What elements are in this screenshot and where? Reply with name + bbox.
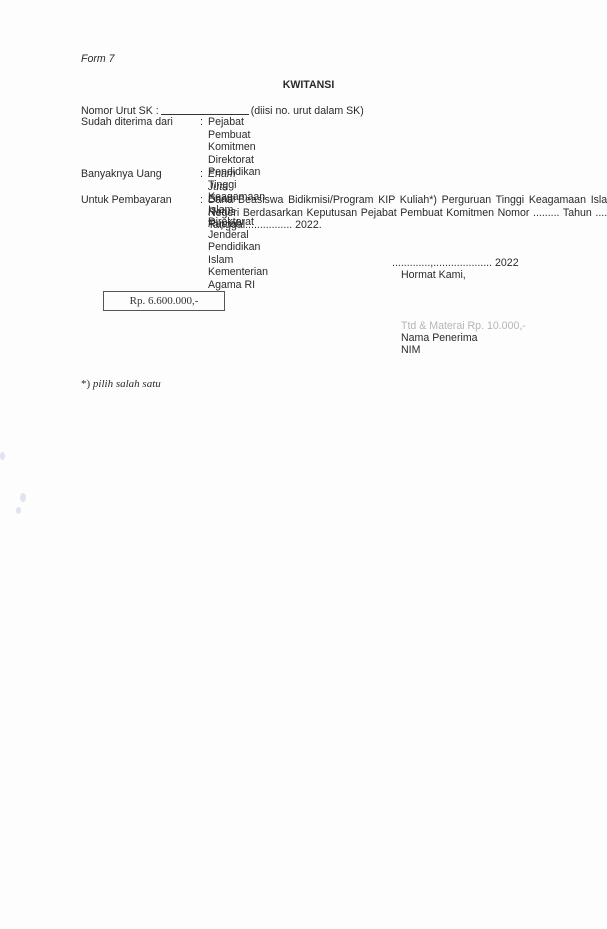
colon: : [200, 168, 203, 180]
closing-greeting: Hormat Kami, [401, 269, 466, 281]
recipient-id: NIM [401, 344, 420, 356]
amount-box: Rp. 6.600.000,- [103, 291, 225, 311]
colon: : [200, 194, 203, 206]
date-line: .............,.................... 2022 [392, 257, 519, 269]
signature-stamp-hint: Ttd & Materai Rp. 10.000,- [401, 320, 526, 332]
scan-speck [16, 507, 21, 514]
amount-words-label: Banyaknya Uang [81, 168, 162, 180]
received-from-label: Sudah diterima dari [81, 116, 173, 128]
footnote-text: pilih salah satu [93, 378, 161, 390]
recipient-name: Nama Penerima [401, 332, 478, 344]
sk-number-blank-line [161, 104, 249, 115]
received-from-line: Kementerian Agama RI [208, 266, 268, 291]
scan-speck [0, 452, 5, 460]
colon: : [200, 116, 203, 128]
footnote-marker: *) [81, 378, 90, 390]
scan-speck [20, 493, 26, 502]
document-title: KWITANSI [0, 79, 607, 91]
form-number-label: Form 7 [81, 53, 115, 65]
footnote: *) pilih salah satu [81, 378, 161, 390]
receipt-page: Form 7 KWITANSI Nomor Urut SK :(diisi no… [0, 0, 607, 929]
payment-purpose-label: Untuk Pembayaran [81, 194, 172, 206]
payment-purpose-value: Dana Beasiswa Bidikmisi/Program KIP Kuli… [208, 194, 607, 232]
